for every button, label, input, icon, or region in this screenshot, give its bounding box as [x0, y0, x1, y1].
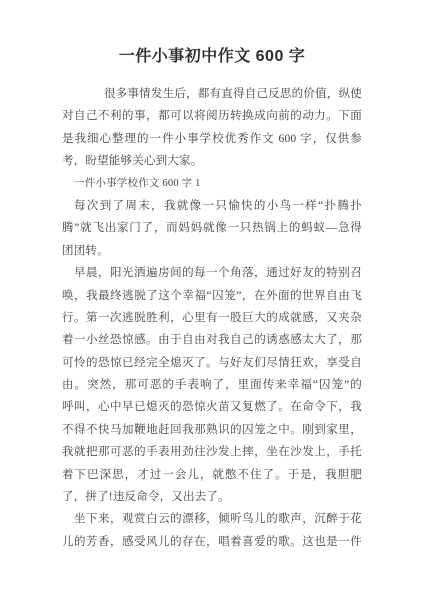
text-line: 唤，我最终逃脱了这个幸福“囚笼”，在外面的世界自由飞 — [62, 285, 362, 307]
text-line: 儿的芳香，感受风儿的存在，唱着喜爱的歌。这也是一件 — [62, 531, 362, 553]
document-page: 一件小事初中作文 600 字 很多事情发生后，都有直得自己反思的价值，纵使对自己… — [0, 0, 424, 600]
page-title: 一件小事初中作文 600 字 — [0, 47, 424, 67]
text-line: 团团转。 — [62, 240, 362, 262]
text-line: 由。突然，那可恶的手表响了，里面传来幸福“囚笼”的 — [62, 374, 362, 396]
text-line: 早晨，阳光洒遍房间的每一个角落，通过好友的特别召 — [62, 262, 362, 284]
text-line: 不得不快马加鞭地赶回我那熟识的囚笼之中。刚到家里， — [62, 419, 362, 441]
text-line: 行。第一次逃脱胜利，心里有一股巨大的成就感，又夹杂 — [62, 307, 362, 329]
text-line: 对自己不利的事，都可以将阅历转换成向前的动力。下面 — [62, 105, 362, 127]
paragraph-section-heading: 一件小事学校作文 600 字 1 — [62, 173, 362, 195]
text-line: 是我细心整理的一件小事学校优秀作文 600 字，仅供参 — [62, 128, 362, 150]
text-line: 我就把那可恶的手表用劲往沙发上摔，坐在沙发上，手托 — [62, 441, 362, 463]
text-line: 腾”就飞出家门了，而妈妈就像一只热锅上的蚂蚁—急得 — [62, 217, 362, 239]
paragraph-para-sit-down: 坐下来，观赏白云的漂移，倾听鸟儿的歌声，沉醉于花儿的芳香，感受风儿的存在，唱着喜… — [62, 508, 362, 553]
paragraph-intro: 很多事情发生后，都有直得自己反思的价值，纵使对自己不利的事，都可以将阅历转换成向… — [62, 83, 362, 173]
text-line: 很多事情发生后，都有直得自己反思的价值，纵使 — [62, 83, 362, 105]
document-body: 很多事情发生后，都有直得自己反思的价值，纵使对自己不利的事，都可以将阅历转换成向… — [62, 83, 362, 553]
text-line: 呼叫，心中早已熄灭的恐惊火苗又复燃了。在命令下，我 — [62, 396, 362, 418]
text-line: 坐下来，观赏白云的漂移，倾听鸟儿的歌声，沉醉于花 — [62, 508, 362, 530]
text-line: 每次到了周末，我就像一只愉快的小鸟一样“扑腾扑 — [62, 195, 362, 217]
text-line: 了，拼了!违反命令，又出去了。 — [62, 486, 362, 508]
text-line: 着下巴深思，才过一会儿，就憋不住了。于是，我胆肥 — [62, 464, 362, 486]
text-line: 一件小事学校作文 600 字 1 — [62, 173, 362, 195]
text-line: 考，盼望能够关心到大家。 — [62, 150, 362, 172]
paragraph-para-escape: 早晨，阳光洒遍房间的每一个角落，通过好友的特别召唤，我最终逃脱了这个幸福“囚笼”… — [62, 262, 362, 508]
paragraph-para-weekend: 每次到了周末，我就像一只愉快的小鸟一样“扑腾扑腾”就飞出家门了，而妈妈就像一只热… — [62, 195, 362, 262]
text-line: 可怜的恐惊已经完全熄灭了。与好友们尽情狂欢，享受自 — [62, 352, 362, 374]
text-line: 着一小丝恐惊感。由于自由对我自己的诱惑感太大了，那 — [62, 329, 362, 351]
